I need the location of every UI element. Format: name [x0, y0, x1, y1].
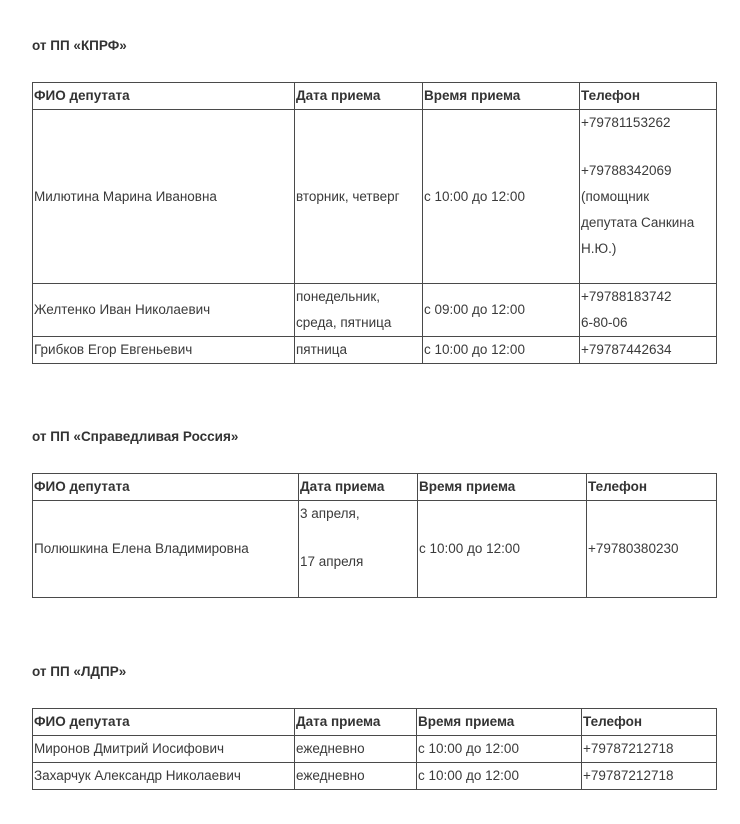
- cell-name: Миронов Дмитрий Иосифович: [33, 736, 295, 763]
- header-name: ФИО депутата: [33, 474, 299, 501]
- table-row: Милютина Марина Ивановна вторник, четвер…: [33, 110, 717, 284]
- cell-time: с 10:00 до 12:00: [418, 501, 587, 598]
- table-header-row: ФИО депутата Дата приема Время приема Те…: [33, 709, 717, 736]
- cell-date: ежедневно: [295, 736, 417, 763]
- table-row: Желтенко Иван Николаевич понедельник, ср…: [33, 284, 717, 337]
- section-title-kprf: от ПП «КПРФ»: [32, 38, 127, 53]
- phone-line: 6-80-06: [581, 310, 715, 336]
- cell-time: с 10:00 до 12:00: [423, 337, 580, 364]
- cell-date: пятница: [295, 337, 423, 364]
- cell-name: Захарчук Александр Николаевич: [33, 763, 295, 790]
- section-title-sr: от ПП «Справедливая Россия»: [32, 429, 238, 444]
- cell-time: с 10:00 до 12:00: [417, 736, 582, 763]
- table-row: Грибков Егор Евгеньевич пятница с 10:00 …: [33, 337, 717, 364]
- phone-line: +79788183742: [581, 284, 715, 310]
- phone-line: +79781153262: [581, 110, 715, 136]
- header-phone: Телефон: [580, 83, 717, 110]
- cell-date: 3 апреля, 17 апреля: [299, 501, 418, 598]
- cell-phone: +79787212718: [582, 736, 717, 763]
- cell-phone: +79780380230: [587, 501, 717, 598]
- blank-line: [581, 136, 715, 158]
- cell-phone: +79787442634: [580, 337, 717, 364]
- cell-name: Грибков Егор Евгеньевич: [33, 337, 295, 364]
- header-name: ФИО депутата: [33, 83, 295, 110]
- date-line: понедельник,: [296, 284, 421, 310]
- header-date: Дата приема: [295, 709, 417, 736]
- table-row: Захарчук Александр Николаевич ежедневно …: [33, 763, 717, 790]
- cell-date: вторник, четверг: [295, 110, 423, 284]
- cell-time: с 10:00 до 12:00: [423, 110, 580, 284]
- header-date: Дата приема: [295, 83, 423, 110]
- cell-date: ежедневно: [295, 763, 417, 790]
- header-time: Время приема: [423, 83, 580, 110]
- header-phone: Телефон: [582, 709, 717, 736]
- cell-name: Желтенко Иван Николаевич: [33, 284, 295, 337]
- cell-phone: +79788183742 6-80-06: [580, 284, 717, 337]
- phone-note: депутата Санкина: [581, 210, 715, 236]
- table-kprf: ФИО депутата Дата приема Время приема Те…: [32, 82, 717, 364]
- header-time: Время приема: [417, 709, 582, 736]
- table-row: Полюшкина Елена Владимировна 3 апреля, 1…: [33, 501, 717, 598]
- cell-name: Милютина Марина Ивановна: [33, 110, 295, 284]
- cell-time: с 10:00 до 12:00: [417, 763, 582, 790]
- cell-phone: +79787212718: [582, 763, 717, 790]
- section-title-ldpr: от ПП «ЛДПР»: [32, 664, 126, 679]
- phone-line: +79788342069: [581, 158, 715, 184]
- phone-note: Н.Ю.): [581, 236, 715, 262]
- cell-phone: +79781153262 +79788342069 (помощник депу…: [580, 110, 717, 284]
- phone-note: (помощник: [581, 184, 715, 210]
- table-row: Миронов Дмитрий Иосифович ежедневно с 10…: [33, 736, 717, 763]
- table-header-row: ФИО депутата Дата приема Время приема Те…: [33, 83, 717, 110]
- cell-name: Полюшкина Елена Владимировна: [33, 501, 299, 598]
- table-header-row: ФИО депутата Дата приема Время приема Те…: [33, 474, 717, 501]
- header-phone: Телефон: [587, 474, 717, 501]
- table-sr: ФИО депутата Дата приема Время приема Те…: [32, 473, 717, 598]
- blank-line: [300, 527, 416, 549]
- cell-date: понедельник, среда, пятница: [295, 284, 423, 337]
- header-time: Время приема: [418, 474, 587, 501]
- date-line: среда, пятница: [296, 310, 421, 336]
- table-ldpr: ФИО депутата Дата приема Время приема Те…: [32, 708, 717, 790]
- header-date: Дата приема: [299, 474, 418, 501]
- header-name: ФИО депутата: [33, 709, 295, 736]
- date-line: 17 апреля: [300, 549, 416, 575]
- date-line: 3 апреля,: [300, 501, 416, 527]
- cell-time: с 09:00 до 12:00: [423, 284, 580, 337]
